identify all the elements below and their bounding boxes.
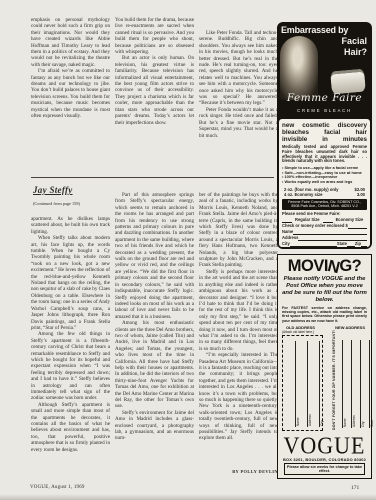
blank-line — [348, 223, 367, 229]
moving-fine-print: For FASTEST service on address change, m… — [282, 306, 367, 324]
continued-note: (Continued from page 158) — [33, 201, 80, 206]
product-type: CREME BLEACH — [277, 108, 372, 113]
magazine-page: emphasis on personal mythology could nev… — [0, 0, 376, 500]
zip-reminder: DON'T FORGET YOUR ZIP NUMBER. IT'S IMPOR… — [325, 335, 334, 431]
ad-subhead: new cosmetic discovery bleaches facial h… — [282, 122, 367, 143]
paragraph: Like Peter Fonda. Tall and techno-serene… — [199, 30, 278, 107]
field-label: City — [320, 421, 324, 427]
field-label: Name — [343, 419, 347, 428]
ad-headline-line-1: Embarrassed by — [281, 25, 348, 35]
form-field-line — [295, 341, 296, 427]
ad-bullet: Works equally well on arms and legs — [282, 180, 367, 185]
paragraph: Part of this atmosphere springs from Ste… — [115, 192, 194, 320]
coupon: Please send me Femme Faire: Regular Size… — [282, 211, 367, 248]
paragraph: “I’m especially interested in The Pasade… — [199, 352, 278, 442]
price-row: 4 oz. Economy size 3.00 — [282, 192, 367, 197]
moving-subhead: Please notify VOGUE and the Post Office … — [281, 276, 368, 304]
ad-address-line: 5508 Park Ave., Detroit, Mich. 48201 V-2 — [282, 204, 367, 209]
new-address-label: NEW ADDRESS — [335, 325, 365, 330]
woman-photo — [280, 36, 318, 100]
paragraph: But an actor is only human. On televisio… — [115, 55, 194, 125]
ad-body-copy: Medically tested and approved Femme Fair… — [282, 145, 367, 164]
address-form: Name Address City DON'T FORGET YOUR ZIP … — [282, 334, 367, 434]
paragraph: I’m afraid we’re as committed to fantasy… — [31, 68, 110, 119]
article-column-3-main: ber of the paintings he buys with the ze… — [199, 192, 278, 468]
moving-ad: MOVING? Please notify VOGUE and the Post… — [277, 254, 372, 479]
price-label: 4 oz. Economy size — [284, 192, 322, 197]
coupon-field-state: State — [337, 241, 347, 247]
paragraph: ber of the paintings he buys with the ze… — [199, 192, 278, 269]
paragraph: Although Steffy’s apartment is small and… — [31, 402, 110, 453]
paragraph: apartment. As he dislikes lamps scattere… — [31, 216, 110, 235]
attach-label-note: (Attach old label here.) — [282, 330, 314, 334]
paragraph: When Steffy talks about modern art, his … — [31, 235, 110, 331]
coupon-row: City State Zip — [282, 241, 367, 247]
ad-subhead-line: new cosmetic discovery — [282, 122, 367, 129]
blank-line — [293, 229, 367, 235]
footer-credit: VOGUE, August 1, 1969 — [30, 485, 85, 490]
paragraph: Peter Fonda wouldn’t make it as a rock s… — [199, 107, 278, 139]
article-column-2-main: Part of this atmosphere springs from Ste… — [115, 192, 194, 482]
blank-line — [361, 242, 367, 248]
coupon-row: Check or money order enclosed $ — [282, 223, 367, 229]
field-label: Address — [352, 416, 356, 428]
section-title: Jay Steffy — [33, 185, 73, 195]
moving-title: MOVING? — [278, 257, 371, 275]
paragraph: Among his most enthusiastic clients are … — [115, 320, 194, 410]
paragraph: You build them for the drama, because li… — [115, 17, 194, 55]
article-column-1-top: emphasis on personal mythology could nev… — [31, 17, 110, 169]
form-field-line — [369, 340, 370, 428]
blank-line — [347, 242, 355, 248]
ad-address-bar: Femme Faire Cosmetics, Div. SOBENT CO., … — [282, 199, 367, 210]
page-number: 171 — [351, 485, 359, 491]
address-form-headers: OLD ADDRESS (Attach old label here.) NEW… — [282, 325, 367, 334]
product-jar-image — [330, 69, 366, 95]
form-field-line — [342, 340, 343, 428]
article-column-1-main: apartment. As he dislikes lamps scattere… — [31, 216, 110, 482]
brand-script: Femme Faire — [277, 92, 372, 104]
ad-subhead-line: invisible in minutes — [282, 136, 367, 143]
price-value: 3.00 — [357, 192, 365, 197]
allow-six-weeks-note: Please allow six weeks for change to tak… — [284, 463, 365, 475]
femme-faire-ad: Embarrassed by Facial Hair? Femme Faire … — [277, 22, 372, 249]
form-field-line — [319, 341, 320, 427]
paragraph: Among the few old things in Steffy’s apa… — [31, 331, 110, 401]
article-column-2-top: You build them for the drama, because li… — [115, 17, 194, 173]
ad-subhead-line: bleaches facial hair — [282, 129, 367, 136]
moving-title-part: G? — [339, 257, 361, 275]
paragraph: Steffy’s environment for Jaime del Amo i… — [115, 410, 194, 442]
paragraph: Steffy is perhaps more interested in the… — [199, 269, 278, 352]
old-address-box: Name Address City — [282, 335, 323, 431]
article-column-3-top: Like Peter Fonda. Tall and techno-serene… — [199, 30, 278, 152]
ad-headline-line-3: Hair? — [344, 47, 367, 57]
ad-headline-line-2: Facial — [341, 36, 367, 46]
blank-line — [290, 242, 337, 248]
section-divider — [31, 177, 274, 178]
paragraph: emphasis on personal mythology could nev… — [31, 17, 110, 68]
new-address-area: Name Address City State — [336, 335, 367, 431]
ad-copy-panel: new cosmetic discovery bleaches facial h… — [279, 119, 370, 247]
ad-bullet-list: Simple to use—apply like a facial creme … — [282, 166, 367, 184]
byline: BY POLLY DEVLIN — [199, 469, 278, 474]
field-label: Name — [296, 418, 300, 427]
field-label: Address — [308, 415, 312, 427]
field-label: City — [361, 422, 365, 428]
field-label: State — [370, 420, 374, 427]
form-field-line — [360, 340, 361, 428]
ad-header-panel: Embarrassed by Facial Hair? Femme Faire … — [277, 22, 372, 119]
coupon-field-city: City — [282, 241, 290, 247]
vogue-logo: VOGUE — [278, 434, 371, 457]
moving-title-part: MOVI — [288, 257, 328, 275]
